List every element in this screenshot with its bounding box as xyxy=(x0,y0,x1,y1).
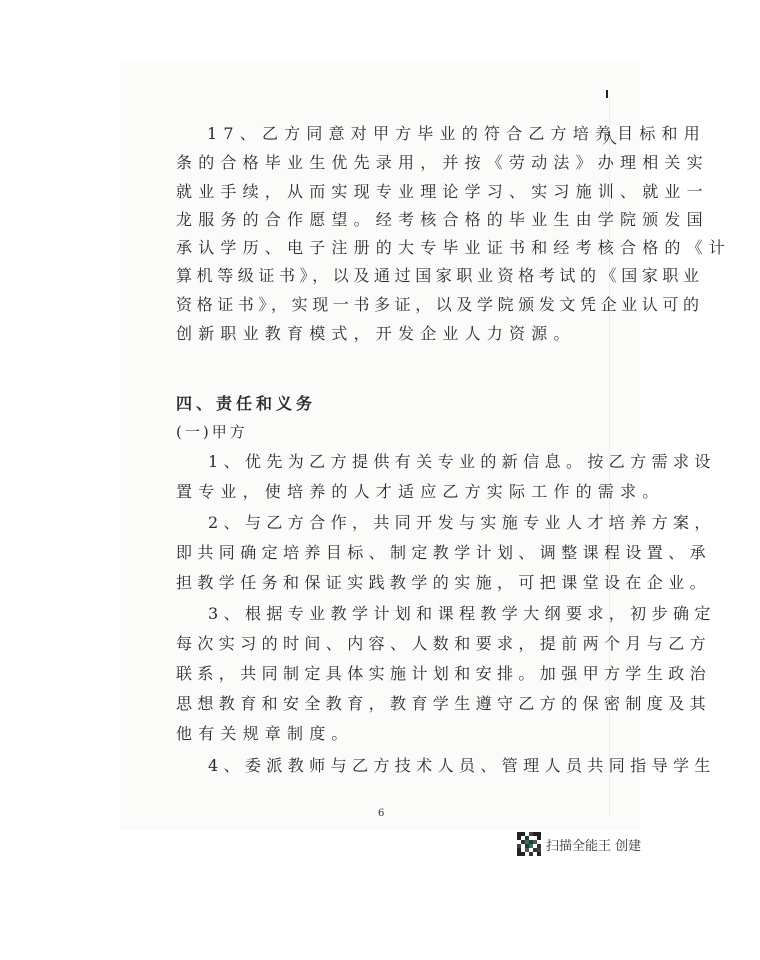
item-3-line-5: 他有关规章制度。 xyxy=(176,724,616,744)
paragraph-17-line-3: 就业手续，从而实现专业理论学习、实习施训、就业一 xyxy=(176,182,616,202)
paragraph-17-line-8: 创新职业教育模式，开发企业人力资源。 xyxy=(176,324,616,344)
margin-overflow-char: 人 xyxy=(602,128,617,148)
item-3-line-4: 思想教育和安全教育，教育学生遵守乙方的保密制度及其 xyxy=(176,694,616,714)
paragraph-17-line-1: 17、乙方同意对甲方毕业的符合乙方培养目标和用 xyxy=(207,124,647,144)
scanner-watermark: 扫描全能王 创建 xyxy=(517,832,641,856)
qr-code-icon xyxy=(517,832,541,856)
section-heading: 四、责任和义务 xyxy=(176,391,316,414)
paragraph-17-line-2: 条的合格毕业生优先录用，并按《劳动法》办理相关实 xyxy=(176,153,616,173)
item-1-line-1: 1、优先为乙方提供有关专业的新信息。按乙方需求设 xyxy=(208,452,648,472)
subsection-heading: (一)甲方 xyxy=(176,421,248,442)
item-1-line-2: 置专业，使培养的人才适应乙方实际工作的需求。 xyxy=(176,482,616,502)
item-2-line-1: 2、与乙方合作，共同开发与实施专业人才培养方案， xyxy=(208,513,648,533)
item-2-line-3: 担教学任务和保证实践教学的实施，可把课堂设在企业。 xyxy=(176,573,616,593)
item-4-line-1: 4、委派教师与乙方技术人员、管理人员共同指导学生 xyxy=(208,756,648,776)
paragraph-17-line-5: 承认学历、电子注册的大专毕业证书和经考核合格的《计 xyxy=(176,238,616,258)
paragraph-17-line-4: 龙服务的合作愿望。经考核合格的毕业生由学院颁发国 xyxy=(176,210,616,230)
item-2-line-2: 即共同确定培养目标、制定教学计划、调整课程设置、承 xyxy=(176,543,616,563)
item-3-line-1: 3、根据专业教学计划和课程教学大纲要求，初步确定 xyxy=(208,604,648,624)
paragraph-17-line-7: 资格证书》，实现一书多证，以及学院颁发文凭企业认可的 xyxy=(176,295,616,315)
page-number: 6 xyxy=(378,808,384,819)
item-3-line-3: 联系，共同制定具体实施计划和安排。加强甲方学生政治 xyxy=(176,664,616,684)
scanned-page xyxy=(120,60,640,830)
item-3-line-2: 每次实习的时间、内容、人数和要求，提前两个月与乙方 xyxy=(176,634,616,654)
watermark-text: 扫描全能王 创建 xyxy=(546,835,641,854)
scan-mark xyxy=(606,90,608,98)
paragraph-17-line-6: 算机等级证书》，以及通过国家职业资格考试的《国家职业 xyxy=(176,266,616,286)
